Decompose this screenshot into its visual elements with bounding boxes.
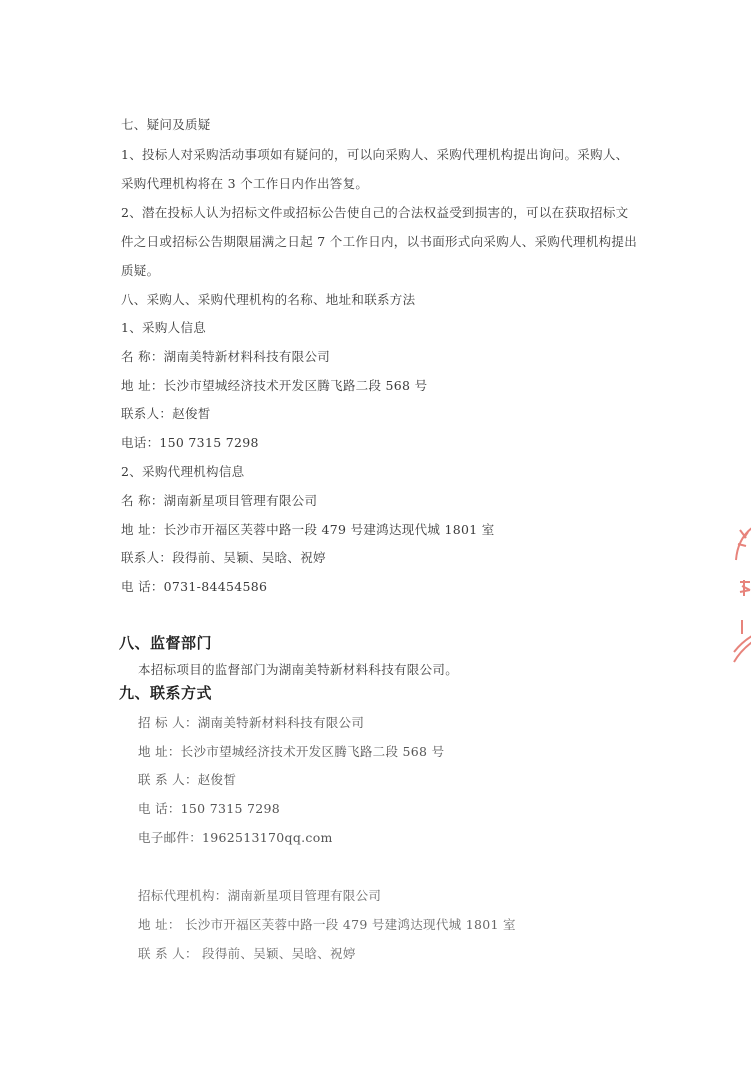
tenderer-contact: 联 系 人：赵俊皙 — [138, 772, 236, 788]
purchaser-contact: 联系人：赵俊皙 — [121, 406, 211, 422]
section7-p1-line2: 采购代理机构将在 3 个工作日内作出答复。 — [121, 176, 368, 192]
section7-p2-line1: 2、潜在投标人认为招标文件或招标公告使自己的合法权益受到损害的，可以在获取招标文 — [121, 205, 628, 221]
agency9-contact: 联 系 人： 段得前、吴颖、吴晗、祝婷 — [138, 946, 356, 962]
agency9-address: 地 址： 长沙市开福区芙蓉中路一段 479 号建鸿达现代城 1801 室 — [138, 917, 516, 933]
tenderer-email: 电子邮件：1962513170qq.com — [138, 830, 333, 846]
tenderer-address: 地 址：长沙市望城经济技术开发区腾飞路二段 568 号 — [138, 744, 444, 760]
section9-title: 九、联系方式 — [119, 684, 212, 702]
section7-p2-line2: 件之日或招标公告期限届满之日起 7 个工作日内，以书面形式向采购人、采购代理机构… — [121, 234, 637, 250]
purchaser-name: 名 称：湖南美特新材料科技有限公司 — [121, 349, 330, 365]
tenderer-name: 招 标 人：湖南美特新材料科技有限公司 — [138, 715, 364, 731]
agency-phone: 电 话：0731-84454586 — [121, 579, 267, 595]
agency-heading: 2、采购代理机构信息 — [121, 464, 244, 480]
agency-name: 名 称：湖南新星项目管理有限公司 — [121, 493, 317, 509]
agency9-name: 招标代理机构：湖南新星项目管理有限公司 — [138, 888, 381, 904]
section7-p1-line1: 1、投标人对采购活动事项如有疑问的，可以向采购人、采购代理机构提出询问。采购人、 — [121, 147, 628, 163]
section8b-title: 八、监督部门 — [119, 634, 212, 652]
purchaser-address: 地 址：长沙市望城经济技术开发区腾飞路二段 568 号 — [121, 378, 427, 394]
document-page: 七、疑问及质疑 1、投标人对采购活动事项如有疑问的，可以向采购人、采购代理机构提… — [0, 0, 751, 1073]
agency-address: 地 址：长沙市开福区芙蓉中路一段 479 号建鸿达现代城 1801 室 — [121, 522, 495, 538]
agency-contact: 联系人：段得前、吴颖、吴晗、祝婷 — [121, 550, 326, 566]
red-seal-stamp-icon — [728, 520, 751, 670]
purchaser-phone: 电话：150 7315 7298 — [121, 435, 259, 451]
section8a-title: 八、采购人、采购代理机构的名称、地址和联系方法 — [121, 292, 415, 308]
purchaser-heading: 1、采购人信息 — [121, 320, 206, 336]
section8b-body: 本招标项目的监督部门为湖南美特新材料科技有限公司。 — [138, 662, 458, 678]
section7-title: 七、疑问及质疑 — [121, 117, 211, 133]
section7-p2-line3: 质疑。 — [121, 263, 159, 279]
tenderer-phone: 电 话：150 7315 7298 — [138, 801, 280, 817]
